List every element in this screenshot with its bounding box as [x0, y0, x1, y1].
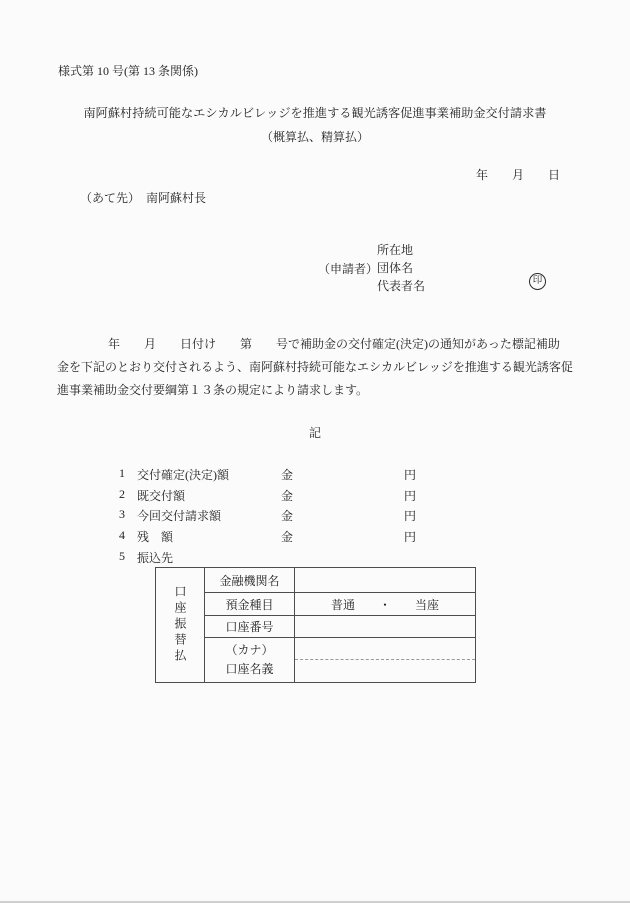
- item-unit: 円: [404, 487, 416, 508]
- item-label: 残 額: [137, 528, 281, 549]
- account-holder-label: 口座名義: [205, 660, 294, 679]
- item-unit: 円: [404, 507, 416, 528]
- payment-item-row: 1 交付確定(決定)額 金 円: [119, 466, 416, 487]
- deposit-type-label: 預金種目: [205, 593, 295, 616]
- body-line-3: 進事業補助金交付要綱第１３条の規定により請求します。: [57, 379, 579, 402]
- payment-items-list: 1 交付確定(決定)額 金 円 2 既交付額 金 円 3 今回交付請求額 金 円…: [119, 466, 416, 569]
- document-page: 様式第 10 号(第 13 条関係) 南阿蘇村持続可能なエシカルビレッジを推進す…: [0, 0, 630, 903]
- kana-label: （カナ）: [205, 641, 294, 660]
- kana-value-line: [295, 638, 475, 660]
- body-paragraph: 年 月 日付け 第 号で補助金の交付確定(決定)の通知があった標記補助 金を下記…: [57, 333, 579, 402]
- document-title: 南阿蘇村持続可能なエシカルビレッジを推進する観光誘客促進事業補助金交付請求書: [0, 104, 630, 121]
- item-label: 今回交付請求額: [137, 507, 281, 528]
- applicant-field-organization: 団体名: [377, 259, 425, 277]
- payment-item-row: 2 既交付額 金 円: [119, 487, 416, 508]
- seal-mark-text: 印: [533, 277, 543, 287]
- item-number: 3: [119, 507, 137, 528]
- item-number: 5: [119, 549, 137, 570]
- item-currency-prefix: 金: [281, 466, 404, 487]
- account-holder-value-cell: [295, 638, 476, 683]
- body-line-1: 年 月 日付け 第 号で補助金の交付確定(決定)の通知があった標記補助: [57, 333, 579, 356]
- bank-name-label: 金融機関名: [205, 568, 295, 593]
- item-label: 交付確定(決定)額: [137, 466, 281, 487]
- applicant-label: （申請者）: [318, 260, 378, 277]
- applicant-field-address: 所在地: [377, 241, 425, 259]
- account-number-value: [295, 616, 476, 638]
- applicant-fields: 所在地 団体名 代表者名: [377, 241, 425, 295]
- payment-item-row: 4 残 額 金 円: [119, 528, 416, 549]
- account-side-cell: 口座振替払: [156, 568, 205, 683]
- account-holder-value-line: [295, 660, 475, 682]
- applicant-field-representative: 代表者名: [377, 277, 425, 295]
- account-number-label: 口座番号: [205, 616, 295, 638]
- seal-mark-icon: 印: [529, 273, 546, 290]
- item-label: 既交付額: [137, 487, 281, 508]
- item-number: 4: [119, 528, 137, 549]
- document-subtitle: （概算払、精算払）: [0, 128, 630, 145]
- item-currency-prefix: 金: [281, 487, 404, 508]
- bank-name-value: [295, 568, 476, 593]
- item-number: 1: [119, 466, 137, 487]
- record-mark: 記: [0, 424, 630, 441]
- transfer-account-table: 口座振替払 金融機関名 預金種目 普通 ・ 当座 口座番号 （カナ） 口座名義: [155, 567, 476, 683]
- item-currency-prefix: 金: [281, 507, 404, 528]
- item-unit: 円: [404, 466, 416, 487]
- item-unit: 円: [404, 528, 416, 549]
- account-side-label: 口座振替払: [174, 585, 186, 665]
- addressee-line: （あて先） 南阿蘇村長: [80, 189, 206, 206]
- account-holder-label-cell: （カナ） 口座名義: [205, 638, 295, 683]
- item-currency-prefix: 金: [281, 528, 404, 549]
- form-number: 様式第 10 号(第 13 条関係): [58, 62, 198, 79]
- date-line: 年 月 日: [476, 166, 560, 183]
- payment-item-row: 3 今回交付請求額 金 円: [119, 507, 416, 528]
- body-line-2: 金を下記のとおり交付されるよう、南阿蘇村持続可能なエシカルビレッジを推進する観光…: [57, 356, 579, 379]
- deposit-type-value: 普通 ・ 当座: [295, 593, 476, 616]
- item-number: 2: [119, 487, 137, 508]
